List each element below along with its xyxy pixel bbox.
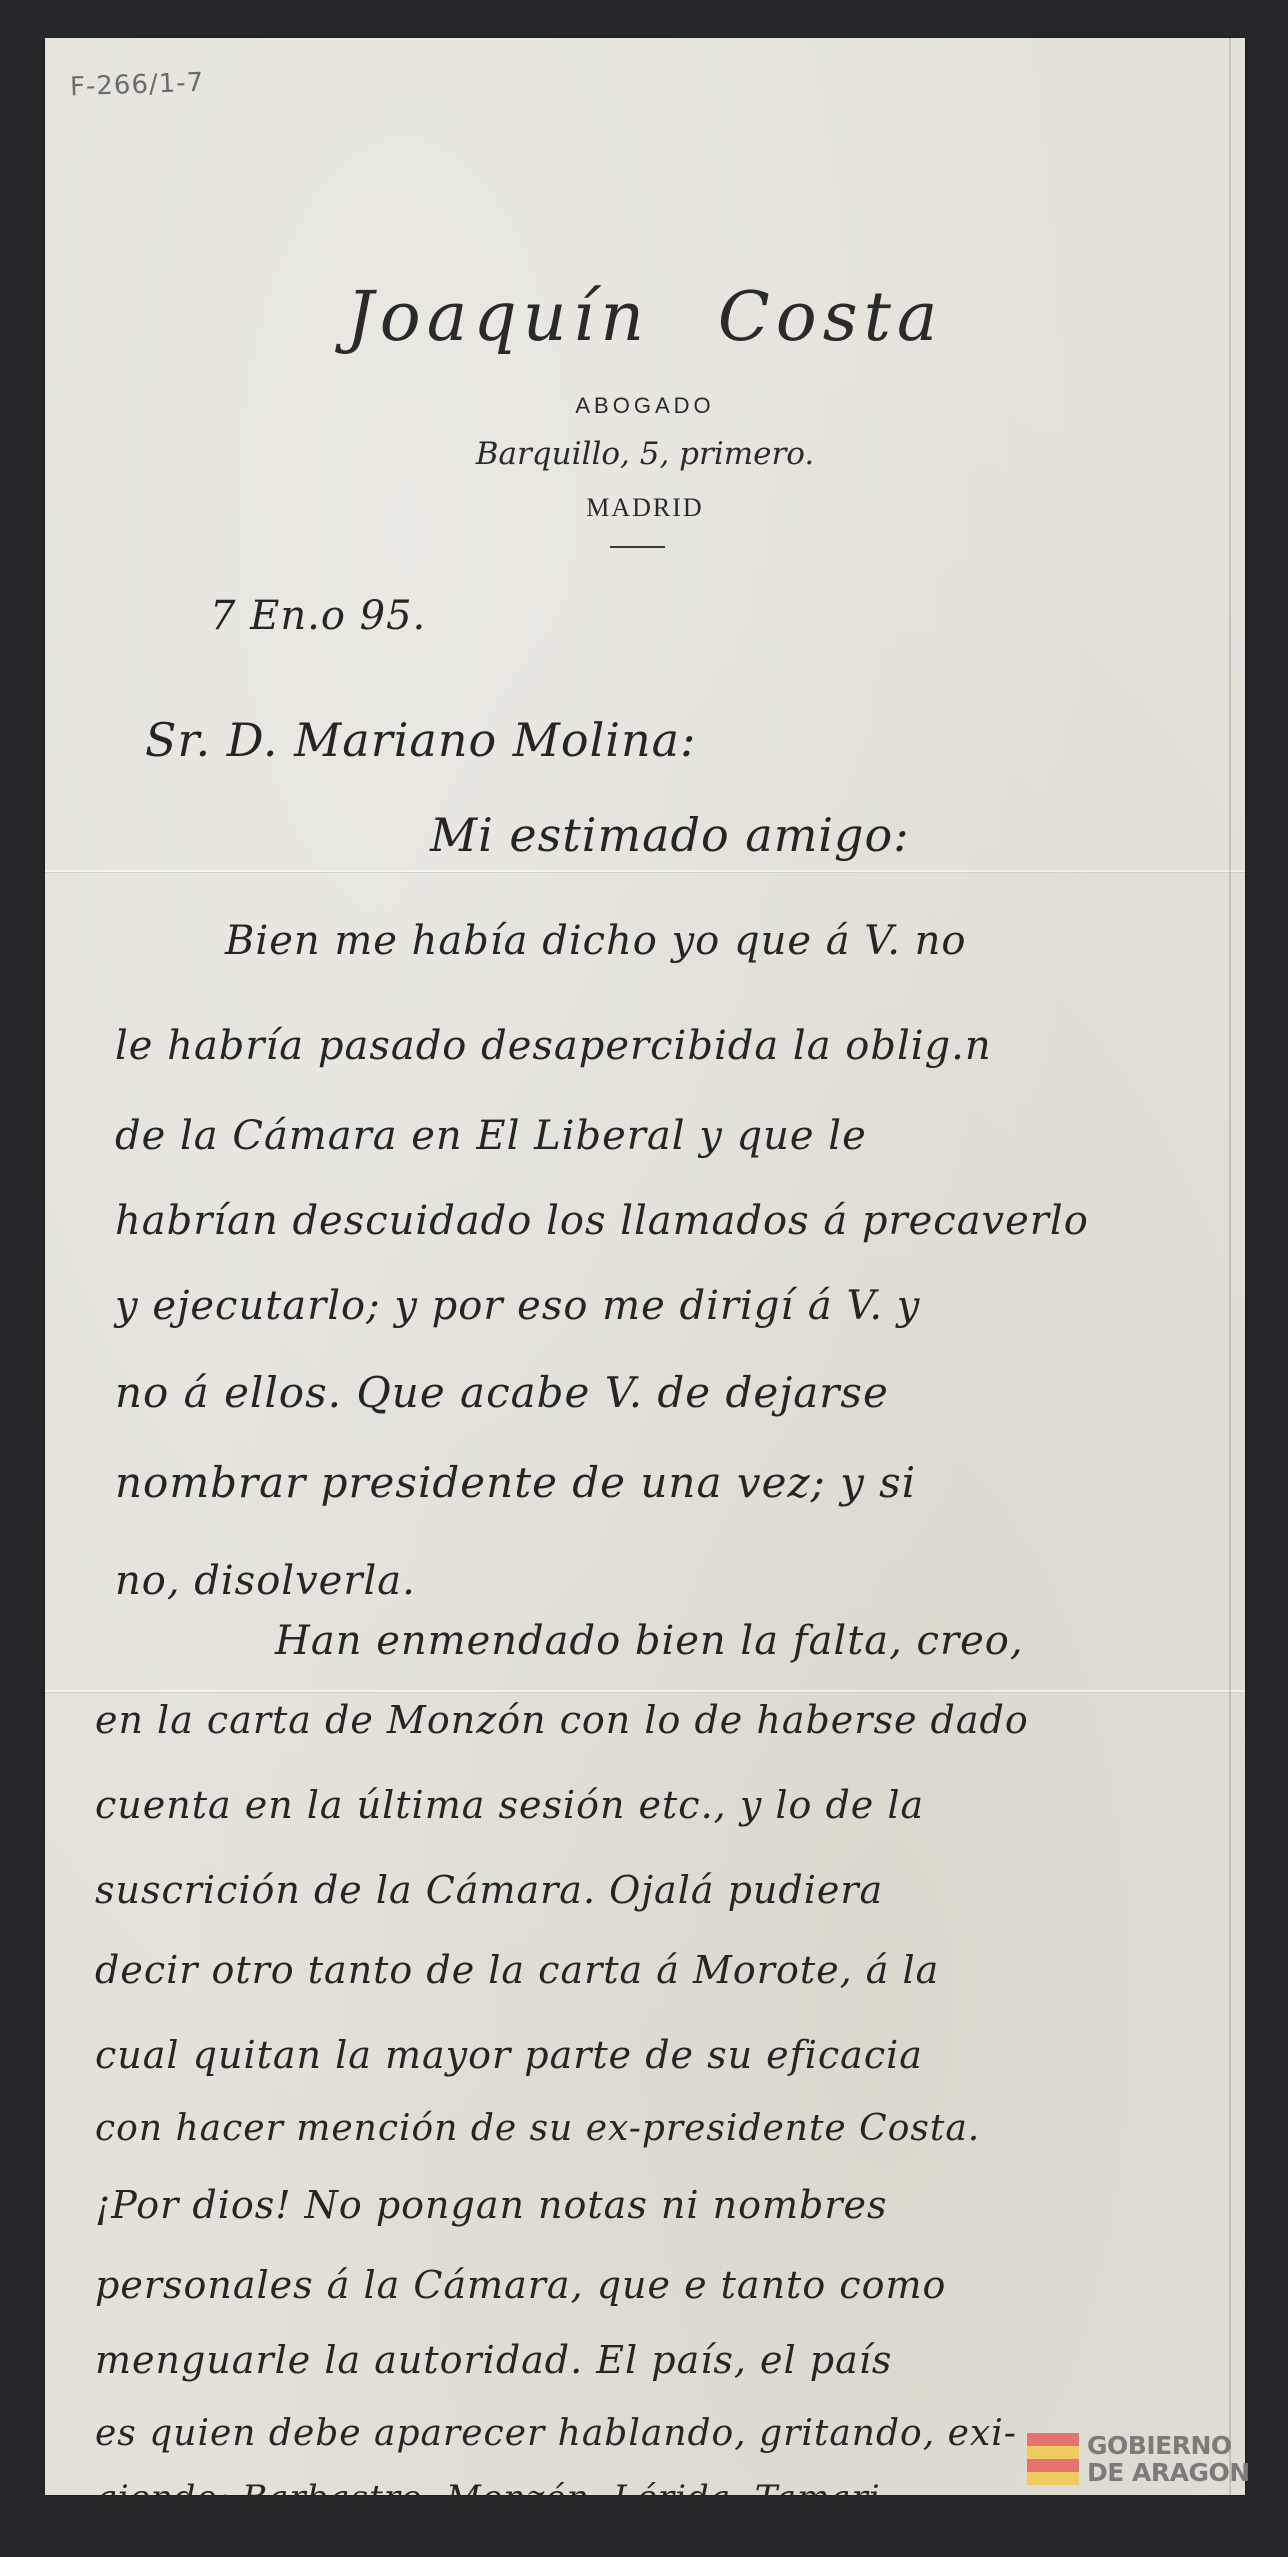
body-line: giendo: Barbastro, Monzón, Lérida, Tamar… (95, 2478, 893, 2518)
body-line: de la Cámara en El Liberal y que le (115, 1113, 867, 1159)
gobierno-de-aragon-watermark: GOBIERNO DE ARAGON (1027, 2432, 1250, 2486)
aragon-flag-icon (1027, 2433, 1079, 2485)
body-line: es quien debe aparecer hablando, gritand… (95, 2413, 1017, 2454)
body-line: nombrar presidente de una vez; y si (115, 1458, 916, 1507)
body-line: habrían descuidado los llamados á precav… (115, 1198, 1089, 1244)
body-line: ¡Por dios! No pongan notas ni nombres (95, 2183, 887, 2227)
letter-date: 7 En.o 95. (210, 593, 426, 639)
body-line: decir otro tanto de la carta á Morote, á… (95, 1948, 939, 1992)
watermark-line1: GOBIERNO (1087, 2432, 1250, 2459)
body-line: menguarle la autoridad. El país, el país (95, 2338, 892, 2382)
body-line: en la carta de Monzón con lo de haberse … (95, 1698, 1029, 1742)
letter-addressee: Sr. D. Mariano Molina: (145, 713, 697, 767)
body-line: con hacer mención de su ex-presidente Co… (95, 2108, 980, 2149)
letter-page: F-266/1-7 Joaquín Costa Abogado Barquill… (45, 38, 1245, 2495)
watermark-line2: DE ARAGON (1087, 2459, 1250, 2486)
body-line: y ejecutarlo; y por eso me dirigí á V. y (115, 1283, 920, 1329)
fold-line (45, 870, 1245, 873)
body-line: Bien me había dicho yo que á V. no (225, 918, 966, 964)
letterhead-address: Barquillo, 5, primero. (45, 436, 1245, 472)
body-line: le habría pasado desapercibida la oblig.… (115, 1023, 992, 1069)
body-line: suscrición de la Cámara. Ojalá pudiera (95, 1868, 883, 1912)
letter-salutation: Mi estimado amigo: (430, 808, 910, 862)
letterhead-name: Joaquín Costa (45, 278, 1245, 357)
body-line: cuenta en la última sesión etc., y lo de… (95, 1783, 924, 1827)
body-line: personales á la Cámara, que e tanto como (95, 2263, 946, 2307)
body-line: no á ellos. Que acabe V. de dejarse (115, 1368, 889, 1417)
letterhead-profession: Abogado (45, 393, 1245, 419)
archive-reference: F-266/1-7 (70, 68, 205, 103)
fold-line (45, 1690, 1245, 1693)
body-line: cual quitan la mayor parte de su eficaci… (95, 2033, 923, 2077)
body-line: Han enmendado bien la falta, creo, (275, 1618, 1024, 1664)
letterhead-rule (610, 546, 665, 548)
body-line: no, disolverla. (115, 1558, 416, 1604)
letterhead-city: MADRID (45, 493, 1245, 523)
